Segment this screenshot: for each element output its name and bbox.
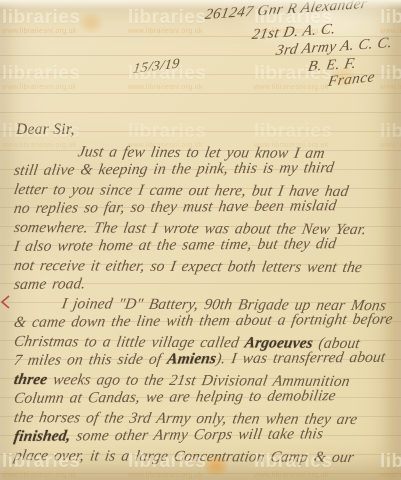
watermark-url: www.librariesni.org.uk <box>2 472 126 479</box>
text-segment: ). I was transferred about <box>215 349 387 367</box>
header-country: France <box>327 69 376 91</box>
emphasized-word: finished, <box>13 428 72 445</box>
watermark-text: libraries <box>380 122 401 141</box>
text-segment: no replies so far, so they must have bee… <box>13 197 338 217</box>
libraries-watermark: librarieswww.librariesni.org.uk <box>2 8 126 35</box>
text-segment: & came down the line with them about a f… <box>13 311 394 331</box>
emphasized-word: three <box>13 371 49 388</box>
text-segment: I also wrote home at the same time, but … <box>13 235 338 255</box>
letter-line: still alive & keeping in the pink, this … <box>13 159 401 180</box>
watermark-text: libraries <box>2 64 126 83</box>
watermark-text: libraries <box>128 122 252 141</box>
watermark-text: libraries <box>254 122 378 141</box>
red-pencil-mark-icon <box>0 295 10 309</box>
libraries-watermark: librarieswww.librariesni.org.uk <box>380 64 401 91</box>
emphasized-word: Amiens <box>166 350 217 367</box>
text-segment: Column at Candas, we are helping to demo… <box>13 387 337 407</box>
text-segment: Christmas to a little village called <box>13 333 247 351</box>
header-service-number: 261247 Gnr R Alexander <box>203 0 368 24</box>
text-segment: same road. <box>13 275 87 293</box>
letter-line: Column at Candas, we are helping to demo… <box>13 387 401 408</box>
letter-line: 7 miles on this side of Amiens). I was t… <box>13 349 401 370</box>
letter-date: 15/3/19 <box>132 57 181 78</box>
watermark-url: www.librariesni.org.uk <box>2 28 126 35</box>
text-segment: still alive & keeping in the pink, this … <box>13 159 335 179</box>
letter-line: & came down the line with them about a f… <box>13 311 401 332</box>
watermark-url: www.librariesni.org.uk <box>128 472 252 479</box>
watermark-url: www.librariesni.org.uk <box>380 472 401 479</box>
watermark-url: www.librariesni.org.uk <box>128 84 252 91</box>
letter-line: finished, some other Army Corps will tak… <box>13 425 401 446</box>
letter-line: I also wrote home at the same time, but … <box>13 235 401 256</box>
watermark-text: libraries <box>380 8 401 27</box>
watermark-url: www.librariesni.org.uk <box>254 472 378 479</box>
letter-scan: 261247 Gnr R Alexander 21st D. A. C. 3rd… <box>0 0 401 480</box>
libraries-watermark: librarieswww.librariesni.org.uk <box>2 64 126 91</box>
watermark-text: libraries <box>2 8 126 27</box>
watermark-url: www.librariesni.org.uk <box>380 84 401 91</box>
text-segment: some other Army Corps will take this <box>69 425 324 444</box>
watermark-swoosh-icon <box>78 12 104 34</box>
letter-line: same road. <box>13 273 401 294</box>
watermark-url: www.librariesni.org.uk <box>380 28 401 35</box>
letter-line: no replies so far, so they must have bee… <box>13 197 401 218</box>
text-segment: place over, it is a large Concentration … <box>13 447 356 466</box>
watermark-url: www.librariesni.org.uk <box>2 84 126 91</box>
salutation: Dear Sir, <box>16 121 75 139</box>
watermark-url: www.librariesni.org.uk <box>128 28 252 35</box>
libraries-watermark: librarieswww.librariesni.org.uk <box>380 8 401 35</box>
watermark-text: libraries <box>380 64 401 83</box>
letter-line: place over, it is a large Concentration … <box>13 447 401 467</box>
text-segment: 7 miles on this side of <box>13 351 169 369</box>
